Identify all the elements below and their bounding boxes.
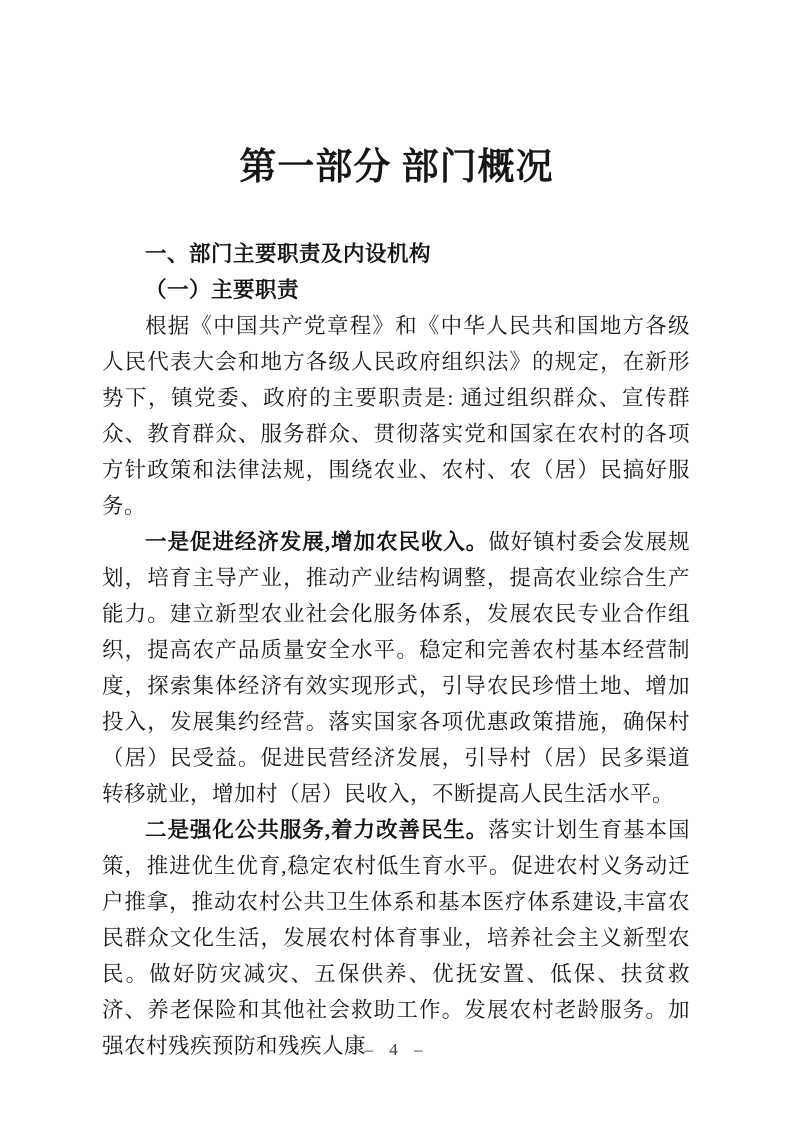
paragraph-1-text: 根据《中国共产党章程》和《中华人民共和国地方各级人民代表大会和地方各级人民政府组… — [102, 314, 690, 518]
paragraph-1: 根据《中国共产党章程》和《中华人民共和国地方各级人民代表大会和地方各级人民政府组… — [102, 308, 690, 524]
document-title: 第一部分 部门概况 — [0, 0, 793, 190]
section-heading: 一、部门主要职责及内设机构 — [102, 236, 690, 272]
paragraph-3-text: 落实计划生育基本国策，推进优生优育,稳定农村低生育水平。促进农村义务动迁户推拿，… — [102, 818, 690, 1058]
paragraph-2: 一是促进经济发展,增加农民收入。做好镇村委会发展规划，培育主导产业，推动产业结构… — [102, 524, 690, 812]
paragraph-3: 二是强化公共服务,着力改善民生。落实计划生育基本国策，推进优生优育,稳定农村低生… — [102, 812, 690, 1064]
paragraph-2-text: 做好镇村委会发展规划，培育主导产业，推动产业结构调整，提高农业综合生产能力。建立… — [102, 530, 690, 806]
paragraph-3-lead: 二是强化公共服务,着力改善民生。 — [145, 818, 488, 842]
paragraph-2-lead: 一是促进经济发展,增加农民收入。 — [145, 530, 488, 554]
page-number: – 4 – — [0, 1040, 793, 1060]
document-body: 一、部门主要职责及内设机构 （一）主要职责 根据《中国共产党章程》和《中华人民共… — [102, 236, 690, 1064]
subsection-heading: （一）主要职责 — [102, 272, 690, 308]
document-page: 第一部分 部门概况 一、部门主要职责及内设机构 （一）主要职责 根据《中国共产党… — [0, 0, 793, 1122]
